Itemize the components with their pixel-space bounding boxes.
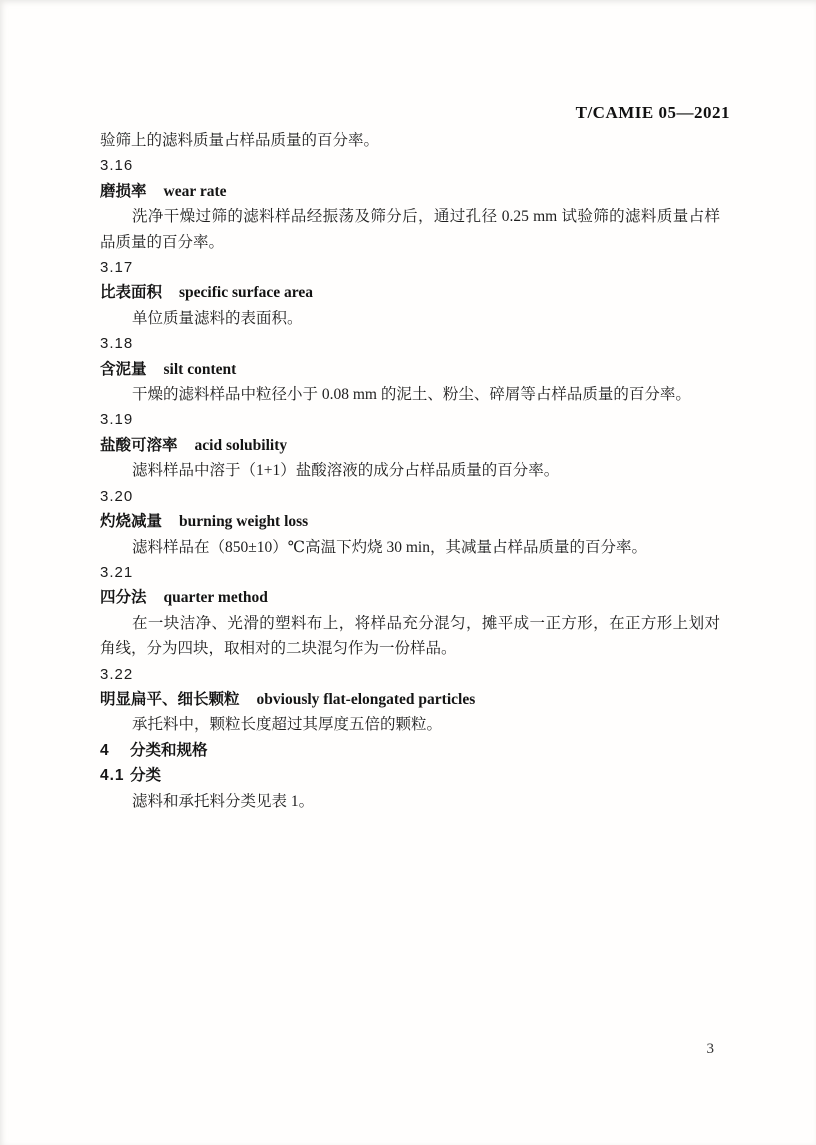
term-number: 3.21	[100, 560, 720, 585]
term-number: 3.19	[100, 407, 720, 432]
term-definition: 单位质量滤料的表面积。	[100, 306, 720, 331]
term-title: 磨损率wear rate	[100, 179, 720, 204]
term-definition: 滤料样品在（850±10）℃高温下灼烧 30 min，其减量占样品质量的百分率。	[100, 535, 720, 560]
term-definition: 洗净干燥过筛的滤料样品经振荡及筛分后，通过孔径 0.25 mm 试验筛的滤料质量…	[100, 204, 720, 255]
section-number: 4	[100, 738, 130, 763]
document-page: T/CAMIE 05—2021 验筛上的滤料质量占样品质量的百分率。 3.16 …	[0, 0, 816, 1145]
term-zh: 四分法	[100, 589, 147, 606]
term-definition: 在一块洁净、光滑的塑料布上，将样品充分混匀，摊平成一正方形，在正方形上划对角线，…	[100, 611, 720, 662]
standard-code-header: T/CAMIE 05—2021	[576, 103, 730, 123]
term-number: 3.20	[100, 484, 720, 509]
page-number: 3	[707, 1041, 715, 1058]
term-title: 比表面积specific surface area	[100, 280, 720, 305]
continuation-paragraph: 验筛上的滤料质量占样品质量的百分率。	[100, 128, 720, 153]
term-definition: 承托料中，颗粒长度超过其厚度五倍的颗粒。	[100, 712, 720, 737]
term-title: 含泥量silt content	[100, 357, 720, 382]
section-heading: 4分类和规格	[100, 738, 720, 763]
term-title: 四分法quarter method	[100, 585, 720, 610]
term-zh: 比表面积	[100, 284, 162, 301]
subsection-number: 4.1	[100, 763, 130, 788]
term-en: obviously flat-elongated particles	[257, 691, 476, 708]
term-number: 3.16	[100, 153, 720, 178]
term-definition: 干燥的滤料样品中粒径小于 0.08 mm 的泥土、粉尘、碎屑等占样品质量的百分率…	[100, 382, 720, 407]
term-en: silt content	[164, 361, 237, 378]
term-definition: 滤料样品中溶于（1+1）盐酸溶液的成分占样品质量的百分率。	[100, 458, 720, 483]
term-en: wear rate	[164, 183, 227, 200]
subsection-title: 分类	[130, 767, 161, 784]
term-number: 3.22	[100, 662, 720, 687]
term-number: 3.17	[100, 255, 720, 280]
term-title: 灼烧减量burning weight loss	[100, 509, 720, 534]
term-en: burning weight loss	[179, 513, 308, 530]
term-en: quarter method	[164, 589, 268, 606]
term-zh: 磨损率	[100, 183, 147, 200]
term-title: 明显扁平、细长颗粒obviously flat-elongated partic…	[100, 687, 720, 712]
term-zh: 含泥量	[100, 361, 147, 378]
section-title: 分类和规格	[130, 742, 208, 759]
page-content: 验筛上的滤料质量占样品质量的百分率。 3.16 磨损率wear rate 洗净干…	[100, 128, 720, 814]
term-zh: 明显扁平、细长颗粒	[100, 691, 240, 708]
term-title: 盐酸可溶率acid solubility	[100, 433, 720, 458]
subsection-body: 滤料和承托料分类见表 1。	[100, 789, 720, 814]
term-en: acid solubility	[195, 437, 288, 454]
term-zh: 灼烧减量	[100, 513, 162, 530]
term-en: specific surface area	[179, 284, 313, 301]
term-zh: 盐酸可溶率	[100, 437, 178, 454]
subsection-heading: 4.1分类	[100, 763, 720, 788]
term-number: 3.18	[100, 331, 720, 356]
